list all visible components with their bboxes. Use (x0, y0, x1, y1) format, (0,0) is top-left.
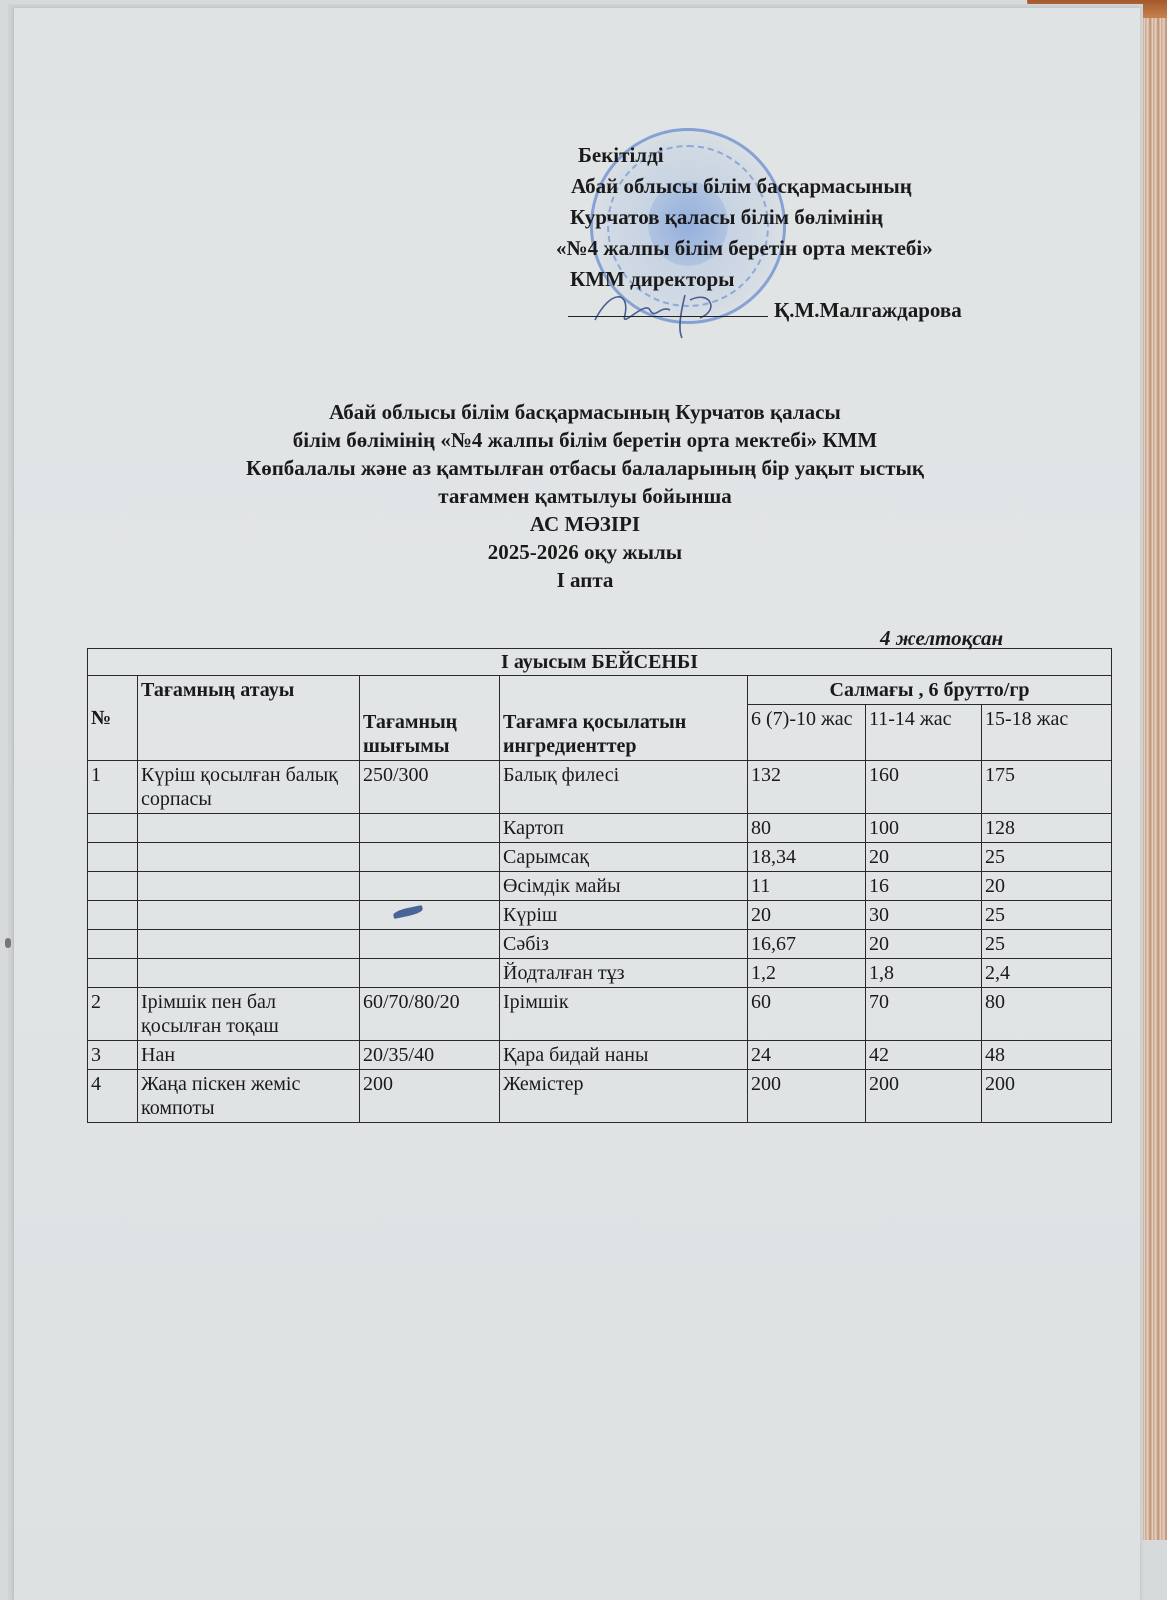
dish-yield (360, 959, 500, 988)
ingredient-name: Сәбіз (500, 930, 748, 959)
table-row: Күріш203025 (88, 901, 1112, 930)
weight-age-6-10: 24 (748, 1041, 866, 1070)
weight-age-6-10: 1,2 (748, 959, 866, 988)
header-age-6-10: 6 (7)-10 жас (748, 705, 866, 761)
weight-age-15-18: 25 (982, 843, 1112, 872)
weight-age-15-18: 2,4 (982, 959, 1112, 988)
dish-name: Күріш қосылған балық сорпасы (138, 761, 360, 814)
dish-yield: 20/35/40 (360, 1041, 500, 1070)
dish-name (138, 814, 360, 843)
weight-age-6-10: 60 (748, 988, 866, 1041)
dish-name (138, 872, 360, 901)
weight-age-6-10: 16,67 (748, 930, 866, 959)
table-row: Сарымсақ18,342025 (88, 843, 1112, 872)
ingredient-name: Күріш (500, 901, 748, 930)
academic-year: 2025-2026 оқу жылы (160, 538, 1010, 566)
row-number (88, 959, 138, 988)
weight-age-11-14: 70 (866, 988, 982, 1041)
ingredient-name: Өсімдік майы (500, 872, 748, 901)
signature-row: Қ.М.Малгаждарова (568, 295, 1048, 326)
weight-age-6-10: 200 (748, 1070, 866, 1123)
approval-block: Бекітілді Абай облысы білім басқармасыны… (568, 140, 1048, 326)
table-row: 4Жаңа піскен жеміс компоты200Жемістер200… (88, 1070, 1112, 1123)
menu-heading: АС МӘЗІРІ (160, 510, 1010, 538)
title-line: Абай облысы білім басқармасының Курчатов… (160, 398, 1010, 426)
menu-table: І ауысым БЕЙСЕНБІ № Тағамның атауы Тағам… (87, 648, 1112, 1123)
table-row: 1Күріш қосылған балық сорпасы250/300Балы… (88, 761, 1112, 814)
weight-age-6-10: 18,34 (748, 843, 866, 872)
weight-age-6-10: 20 (748, 901, 866, 930)
approval-line: Бекітілді (578, 140, 1048, 171)
weight-age-15-18: 80 (982, 988, 1112, 1041)
title-line: Көпбалалы және аз қамтылған отбасы балал… (160, 454, 1010, 482)
weight-age-15-18: 175 (982, 761, 1112, 814)
document-title: Абай облысы білім басқармасының Курчатов… (160, 398, 1010, 594)
shift-title: І ауысым БЕЙСЕНБІ (88, 649, 1112, 676)
dish-yield (360, 901, 500, 930)
weight-age-6-10: 132 (748, 761, 866, 814)
table-row: Өсімдік майы111620 (88, 872, 1112, 901)
table-row: Сәбіз16,672025 (88, 930, 1112, 959)
weight-age-11-14: 100 (866, 814, 982, 843)
ingredient-name: Балық филесі (500, 761, 748, 814)
header-dish-yield: Тағамның шығымы (360, 676, 500, 761)
dish-yield (360, 843, 500, 872)
header-dish-name: Тағамның атауы (138, 676, 360, 761)
weight-age-6-10: 11 (748, 872, 866, 901)
dish-name: Нан (138, 1041, 360, 1070)
approval-line: Абай облысы білім басқармасының (571, 171, 1048, 202)
weight-age-15-18: 20 (982, 872, 1112, 901)
dish-name: Жаңа піскен жеміс компоты (138, 1070, 360, 1123)
dish-yield (360, 930, 500, 959)
weight-age-15-18: 25 (982, 930, 1112, 959)
paper-mark (5, 938, 11, 948)
row-number (88, 901, 138, 930)
ingredient-name: Қара бидай наны (500, 1041, 748, 1070)
title-line: тағаммен қамтылуы бойынша (160, 482, 1010, 510)
approval-line: КММ директоры (570, 264, 1048, 295)
signature-line (568, 296, 768, 317)
row-number: 4 (88, 1070, 138, 1123)
weight-age-15-18: 25 (982, 901, 1112, 930)
ingredient-name: Сарымсақ (500, 843, 748, 872)
table-row: Картоп80100128 (88, 814, 1112, 843)
weight-age-6-10: 80 (748, 814, 866, 843)
dish-name: Ірімшік пен бал қосылған тоқаш (138, 988, 360, 1041)
dish-name (138, 930, 360, 959)
header-ingredients: Тағамға қосылатын ингредиенттер (500, 676, 748, 761)
weight-age-11-14: 30 (866, 901, 982, 930)
header-number: № (88, 676, 138, 761)
dish-name (138, 959, 360, 988)
dish-yield: 250/300 (360, 761, 500, 814)
weight-age-11-14: 1,8 (866, 959, 982, 988)
ingredient-name: Жемістер (500, 1070, 748, 1123)
row-number (88, 814, 138, 843)
dish-yield (360, 872, 500, 901)
row-number (88, 930, 138, 959)
approval-line: Курчатов қаласы білім бөлімінің (570, 202, 1048, 233)
row-number (88, 872, 138, 901)
ingredient-name: Ірімшік (500, 988, 748, 1041)
weight-age-11-14: 42 (866, 1041, 982, 1070)
weight-age-11-14: 20 (866, 843, 982, 872)
weight-age-15-18: 48 (982, 1041, 1112, 1070)
weight-age-11-14: 160 (866, 761, 982, 814)
approval-line: «№4 жалпы білім беретін орта мектебі» (556, 233, 1048, 264)
ingredient-name: Картоп (500, 814, 748, 843)
dish-yield: 60/70/80/20 (360, 988, 500, 1041)
week-label: І апта (160, 566, 1010, 594)
header-age-11-14: 11-14 жас (866, 705, 982, 761)
table-row: 3Нан20/35/40Қара бидай наны244248 (88, 1041, 1112, 1070)
dish-yield (360, 814, 500, 843)
dish-yield: 200 (360, 1070, 500, 1123)
table-row: Йодталған тұз1,21,82,4 (88, 959, 1112, 988)
weight-age-11-14: 200 (866, 1070, 982, 1123)
header-weight-group: Салмағы , 6 брутто/гр (748, 676, 1112, 705)
weight-age-15-18: 128 (982, 814, 1112, 843)
row-number: 2 (88, 988, 138, 1041)
title-line: білім бөлімінің «№4 жалпы білім беретін … (160, 426, 1010, 454)
table-row: 2Ірімшік пен бал қосылған тоқаш60/70/80/… (88, 988, 1112, 1041)
dish-name (138, 843, 360, 872)
weight-age-15-18: 200 (982, 1070, 1112, 1123)
row-number: 1 (88, 761, 138, 814)
weight-age-11-14: 16 (866, 872, 982, 901)
dish-name (138, 901, 360, 930)
row-number: 3 (88, 1041, 138, 1070)
ingredient-name: Йодталған тұз (500, 959, 748, 988)
header-age-15-18: 15-18 жас (982, 705, 1112, 761)
row-number (88, 843, 138, 872)
weight-age-11-14: 20 (866, 930, 982, 959)
signatory-name: Қ.М.Малгаждарова (774, 298, 962, 322)
